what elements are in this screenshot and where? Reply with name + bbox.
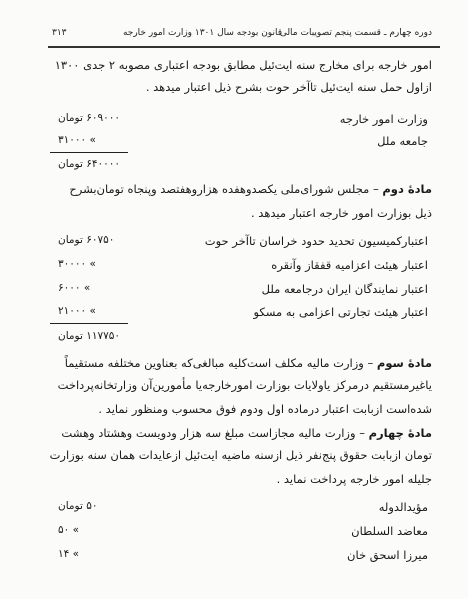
article4-line: جلیله امور خارجه پرداخت نماید .	[277, 472, 432, 486]
article2-label: اعتبار نمایندگان ایران درجامعه ملل	[262, 282, 428, 296]
article2-amount: » ۳۰۰۰۰	[58, 258, 138, 270]
table1-total: ۶۴۰۰۰۰ تومان	[58, 158, 138, 170]
article4-label: معاضد السلطان	[351, 524, 428, 538]
article3-paragraph: مادهٔ سوم – وزارت مالیه مکلف است‌کلیه مب…	[65, 356, 432, 370]
article2-paragraph: مادهٔ دوم – مجلس شورای‌ملی یکصدوهفده هزا…	[69, 182, 432, 196]
header-rule	[48, 46, 440, 48]
table1-label: جامعه ملل	[377, 134, 428, 148]
article3-line: شده‌است ازبابت اعتبار درماده اول ودوم فو…	[98, 402, 432, 416]
article2-amount: » ۲۱۰۰۰	[58, 305, 138, 317]
article4-amount: » ۱۴	[58, 548, 138, 560]
running-header: دوره چهارم ـ قسمت پنجم تصویبات مالی قانو…	[52, 28, 432, 44]
document-page: دوره چهارم ـ قسمت پنجم تصویبات مالی قانو…	[0, 0, 468, 599]
table1-amount: ۶۰۹۰۰۰ تومان	[58, 112, 138, 124]
sum-rule	[50, 323, 128, 324]
article4-line: تومان ازبابت حقوق پنج‌نفر ذیل ازسنه ماضی…	[50, 448, 432, 462]
article4-heading: مادهٔ چهارم	[369, 426, 432, 440]
article2-heading: مادهٔ دوم	[382, 182, 432, 196]
article2-amount: » ۶۰۰۰	[58, 282, 138, 294]
article4-amount: ۵۰ تومان	[58, 500, 138, 512]
article4-label: میرزا اسحق خان	[347, 548, 428, 562]
article3-line: یاغیرمستقیم درمرکز یاولایات بوزارت امورخ…	[58, 378, 432, 392]
header-title: قانون بودجه سال ۱۳۰۱ وزارت امور خارجه	[123, 28, 282, 38]
table1-amount: » ۳۱۰۰۰	[58, 134, 138, 146]
article2-line: ذیل بوزارت امور خارجه اعتبار میدهد .	[251, 206, 432, 220]
article2-label: اعتبارکمیسیون تحدید حدود خراسان تاآخر حو…	[205, 234, 428, 248]
article2-amount: ۶۰۷۵۰ تومان	[58, 234, 138, 246]
intro-line: امور خارجه برای مخارج سنه ایت‌ئیل مطابق …	[55, 58, 432, 72]
article4-paragraph: مادهٔ چهارم – وزارت مالیه مجازاست مبلغ س…	[61, 426, 432, 440]
table1-label: وزارت امور خارجه	[340, 112, 428, 126]
article2-label: اعتبار هیئت تجارتی اعزامی به مسکو	[253, 305, 428, 319]
sum-rule	[50, 152, 128, 153]
article3-heading: مادهٔ سوم	[377, 356, 432, 370]
article2-total: ۱۱۷۷۵۰ تومان	[58, 330, 138, 342]
article4-amount: » ۵۰	[58, 524, 138, 536]
header-section: دوره چهارم ـ قسمت پنجم تصویبات مالی	[280, 28, 432, 38]
article4-label: مؤیدالدوله	[379, 500, 428, 514]
intro-line: ازاول حمل سنه ایت‌ئیل تاآخر حوت بشرح ذیل…	[146, 80, 432, 94]
article2-label: اعتبار هیئت اعزامیه قفقاز وآنقره	[271, 258, 428, 272]
page-number: ۳۱۳	[52, 28, 67, 38]
